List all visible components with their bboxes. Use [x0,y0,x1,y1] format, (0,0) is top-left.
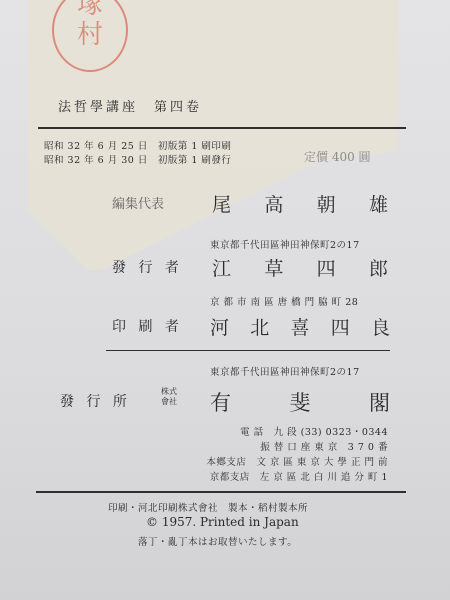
series-title: 法哲學講座 第四卷 [58,96,202,115]
phone: 電 話 九 段 (33) 0323・0344 [240,424,388,438]
publisher-label: 發 行 者 [112,257,183,277]
issue-date: 昭和 32 年 6 月 30 日 初版第 1 刷發行 [44,152,231,166]
editor-label: 編集代表 [112,193,164,212]
copyright-line: © 1957. Printed in Japan [146,515,299,529]
company-address: 東京都千代田區神田神保町2の17 [210,364,360,378]
branch-tokyo: 本鄕支店 文 京 區 東 京 大 學 正 門 前 [206,454,388,468]
editor-name: 尾 高 朝 雄 [212,190,388,217]
printer-name: 河 北 喜 四 良 [210,313,390,340]
company-name: 有 斐 閣 [210,387,390,417]
top-rule [38,127,406,129]
company-label: 發 行 所 [60,391,131,411]
mid-rule [106,350,390,351]
printer-label: 印 刷 者 [112,316,183,336]
bottom-rule [36,491,406,493]
publisher-name: 江 草 四 郎 [212,254,388,281]
transfer-account: 振 替 口 座 東 京 3 7 0 番 [260,439,388,453]
branch-kyoto: 京都支店 左 京 區 北 白 川 追 分 町 1 [210,469,388,483]
corp-mark: 株式 會社 [161,387,177,407]
makers-line: 印刷・河北印刷株式會社 製本・稻村製本所 [108,500,308,514]
stamp-char-2: 村 [54,20,126,50]
stamp-char-1: 塚 [54,0,126,20]
price: 定價 400 圓 [304,148,371,165]
replacement-notice: 落丁・亂丁本はお取替いたします。 [138,534,297,548]
publisher-address: 東京都千代田區神田神保町2の17 [210,237,360,251]
printer-address: 京 都 市 南 區 唐 橋 門 脇 町 28 [210,294,358,308]
print-date: 昭和 32 年 6 月 25 日 初版第 1 刷印刷 [44,138,231,152]
